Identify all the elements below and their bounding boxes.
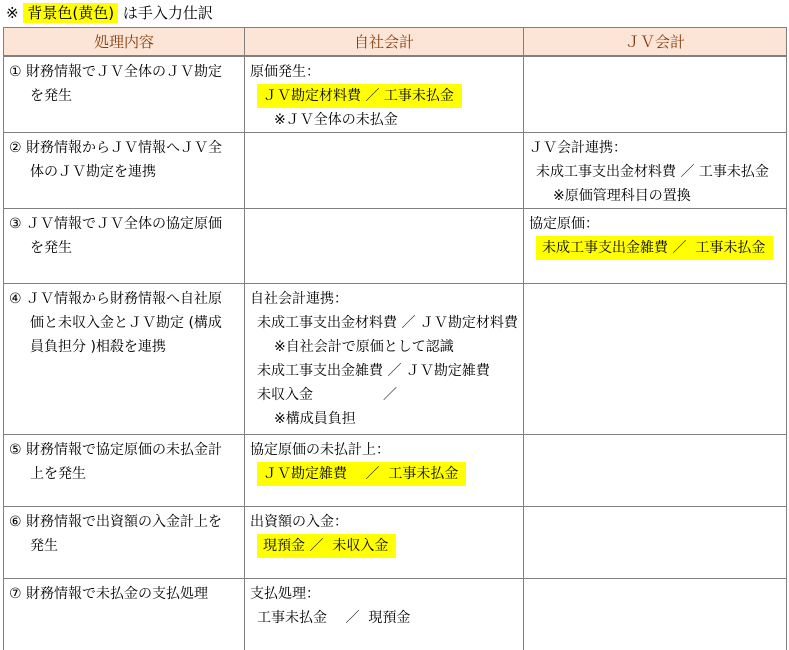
line-text: 協定原価： bbox=[529, 216, 599, 232]
remark-line: ※自社会計で原価として認識 bbox=[250, 335, 521, 359]
process-line: ③ ＪＶ情報でＪＶ全体の協定原価 bbox=[9, 212, 242, 236]
process-cell: ① 財務情報でＪＶ全体のＪＶ勘定を発生 bbox=[4, 56, 245, 133]
process-line: ⑦ 財務情報で未払金の支払処理 bbox=[9, 582, 242, 606]
highlight-box: ＪＶ勘定雑費 ／ 工事未払金 bbox=[257, 462, 466, 486]
label-line: ＪＶ会計連携： bbox=[529, 136, 784, 160]
process-line: 価と未収入金とＪＶ勘定 (構成 bbox=[9, 311, 242, 335]
entry-line: 未成工事支出金雑費 ／ ＪＶ勘定雑費 bbox=[250, 359, 521, 383]
label-line: 自社会計連携： bbox=[250, 287, 521, 311]
line-text: 協定原価の未払計上： bbox=[250, 442, 390, 458]
jv-accounting-cell bbox=[524, 507, 787, 579]
jv-accounting-cell: ＪＶ会計連携：未成工事支出金材料費 ／ 工事未払金※原価管理科目の置換 bbox=[524, 133, 787, 209]
entry-line: 未成工事支出金材料費 ／ ＪＶ勘定材料費 bbox=[250, 311, 521, 335]
jv-accounting-table: 処理内容 自社会計 ＪＶ会計 ① 財務情報でＪＶ全体のＪＶ勘定を発生 原価発生：… bbox=[3, 27, 787, 650]
own-accounting-cell: 出資額の入金：現預金 ／ 未収入金 bbox=[245, 507, 524, 579]
manual-entry-line: ＪＶ勘定雑費 ／ 工事未払金 bbox=[250, 462, 521, 486]
highlight-box: 現預金 ／ 未収入金 bbox=[257, 534, 396, 558]
label-line: 支払処理： bbox=[250, 582, 521, 606]
label-line: 協定原価の未払計上： bbox=[250, 438, 521, 462]
line-text: 未成工事支出金材料費 ／ ＪＶ勘定材料費 bbox=[257, 315, 518, 331]
manual-entry-line: 未成工事支出金雑費 ／ 工事未払金 bbox=[529, 236, 784, 260]
remark-line: ※ＪＶ全体の未払金 bbox=[250, 108, 521, 132]
process-line: 上を発生 bbox=[9, 462, 242, 486]
header-row: 処理内容 自社会計 ＪＶ会計 bbox=[4, 28, 787, 57]
process-line: ⑤ 財務情報で協定原価の未払金計 bbox=[9, 438, 242, 462]
manual-entry-line: 現預金 ／ 未収入金 bbox=[250, 534, 521, 558]
process-line: 発生 bbox=[9, 534, 242, 558]
note-rest: は手入力仕訳 bbox=[118, 4, 213, 22]
process-line: を発生 bbox=[9, 236, 242, 260]
entry-line: 未収入金 ／ bbox=[250, 383, 521, 407]
table-row: ③ ＪＶ情報でＪＶ全体の協定原価を発生 協定原価：未成工事支出金雑費 ／ 工事未… bbox=[4, 209, 787, 284]
process-cell: ⑤ 財務情報で協定原価の未払金計上を発生 bbox=[4, 435, 245, 507]
column-header-own-accounting: 自社会計 bbox=[245, 28, 524, 57]
table-row: ⑤ 財務情報で協定原価の未払金計上を発生 協定原価の未払計上：ＪＶ勘定雑費 ／ … bbox=[4, 435, 787, 507]
table-row: ⑦ 財務情報で未払金の支払処理 支払処理：工事未払金 ／ 現預金 bbox=[4, 579, 787, 650]
column-header-jv-accounting: ＪＶ会計 bbox=[524, 28, 787, 57]
line-text: ※ＪＶ全体の未払金 bbox=[274, 112, 398, 128]
table-row: ④ ＪＶ情報から財務情報へ自社原価と未収入金とＪＶ勘定 (構成員負担分 )相殺を… bbox=[4, 284, 787, 435]
line-text: 未収入金 ／ bbox=[257, 387, 397, 403]
process-line: ② 財務情報からＪＶ情報へＪＶ全 bbox=[9, 136, 242, 160]
entry-line: 未成工事支出金材料費 ／ 工事未払金 bbox=[529, 160, 784, 184]
note-marker: ※ bbox=[6, 4, 23, 22]
line-text: ＪＶ会計連携： bbox=[529, 140, 627, 156]
own-accounting-cell: 原価発生：ＪＶ勘定材料費 ／ 工事未払金※ＪＶ全体の未払金 bbox=[245, 56, 524, 133]
table-row: ① 財務情報でＪＶ全体のＪＶ勘定を発生 原価発生：ＪＶ勘定材料費 ／ 工事未払金… bbox=[4, 56, 787, 133]
jv-accounting-cell bbox=[524, 56, 787, 133]
process-line: ① 財務情報でＪＶ全体のＪＶ勘定 bbox=[9, 60, 242, 84]
highlight-box: ＪＶ勘定材料費 ／ 工事未払金 bbox=[257, 84, 462, 108]
line-text: 未成工事支出金雑費 ／ ＪＶ勘定雑費 bbox=[257, 363, 490, 379]
line-text: 出資額の入金： bbox=[250, 514, 348, 530]
own-accounting-cell bbox=[245, 133, 524, 209]
own-accounting-cell bbox=[245, 209, 524, 284]
line-text: 支払処理： bbox=[250, 586, 320, 602]
column-header-process: 処理内容 bbox=[4, 28, 245, 57]
table-row: ② 財務情報からＪＶ情報へＪＶ全体のＪＶ勘定を連携 ＪＶ会計連携：未成工事支出金… bbox=[4, 133, 787, 209]
process-line: ④ ＪＶ情報から財務情報へ自社原 bbox=[9, 287, 242, 311]
manual-entry-line: ＪＶ勘定材料費 ／ 工事未払金 bbox=[250, 84, 521, 108]
line-text: ※構成員負担 bbox=[274, 411, 356, 427]
process-cell: ② 財務情報からＪＶ情報へＪＶ全体のＪＶ勘定を連携 bbox=[4, 133, 245, 209]
own-accounting-cell: 協定原価の未払計上：ＪＶ勘定雑費 ／ 工事未払金 bbox=[245, 435, 524, 507]
remark-line: ※原価管理科目の置換 bbox=[529, 184, 784, 208]
page: ※ 背景色(黄色) は手入力仕訳 処理内容 自社会計 ＪＶ会計 ① 財務情報でＪ… bbox=[0, 0, 789, 650]
jv-accounting-cell bbox=[524, 435, 787, 507]
label-line: 原価発生： bbox=[250, 60, 521, 84]
remark-line: ※構成員負担 bbox=[250, 407, 521, 431]
process-cell: ⑥ 財務情報で出資額の入金計上を発生 bbox=[4, 507, 245, 579]
highlight-box: 未成工事支出金雑費 ／ 工事未払金 bbox=[536, 236, 773, 260]
note-highlight: 背景色(黄色) bbox=[23, 3, 118, 23]
own-accounting-cell: 支払処理：工事未払金 ／ 現預金 bbox=[245, 579, 524, 650]
process-line: を発生 bbox=[9, 84, 242, 108]
line-text: 工事未払金 ／ 現預金 bbox=[257, 610, 410, 626]
process-cell: ④ ＪＶ情報から財務情報へ自社原価と未収入金とＪＶ勘定 (構成員負担分 )相殺を… bbox=[4, 284, 245, 435]
legend-note: ※ 背景色(黄色) は手入力仕訳 bbox=[0, 0, 789, 27]
process-line: 体のＪＶ勘定を連携 bbox=[9, 160, 242, 184]
label-line: 協定原価： bbox=[529, 212, 784, 236]
jv-accounting-cell bbox=[524, 579, 787, 650]
entry-line: 工事未払金 ／ 現預金 bbox=[250, 606, 521, 630]
process-line: 員負担分 )相殺を連携 bbox=[9, 335, 242, 359]
line-text: 原価発生： bbox=[250, 64, 320, 80]
jv-accounting-cell bbox=[524, 284, 787, 435]
line-text: ※原価管理科目の置換 bbox=[553, 188, 691, 204]
own-accounting-cell: 自社会計連携：未成工事支出金材料費 ／ ＪＶ勘定材料費※自社会計で原価として認識… bbox=[245, 284, 524, 435]
process-cell: ③ ＪＶ情報でＪＶ全体の協定原価を発生 bbox=[4, 209, 245, 284]
jv-accounting-cell: 協定原価：未成工事支出金雑費 ／ 工事未払金 bbox=[524, 209, 787, 284]
process-line: ⑥ 財務情報で出資額の入金計上を bbox=[9, 510, 242, 534]
line-text: 未成工事支出金材料費 ／ 工事未払金 bbox=[536, 164, 769, 180]
line-text: 自社会計連携： bbox=[250, 291, 348, 307]
process-cell: ⑦ 財務情報で未払金の支払処理 bbox=[4, 579, 245, 650]
table-row: ⑥ 財務情報で出資額の入金計上を発生 出資額の入金：現預金 ／ 未収入金 bbox=[4, 507, 787, 579]
label-line: 出資額の入金： bbox=[250, 510, 521, 534]
line-text: ※自社会計で原価として認識 bbox=[274, 339, 454, 355]
